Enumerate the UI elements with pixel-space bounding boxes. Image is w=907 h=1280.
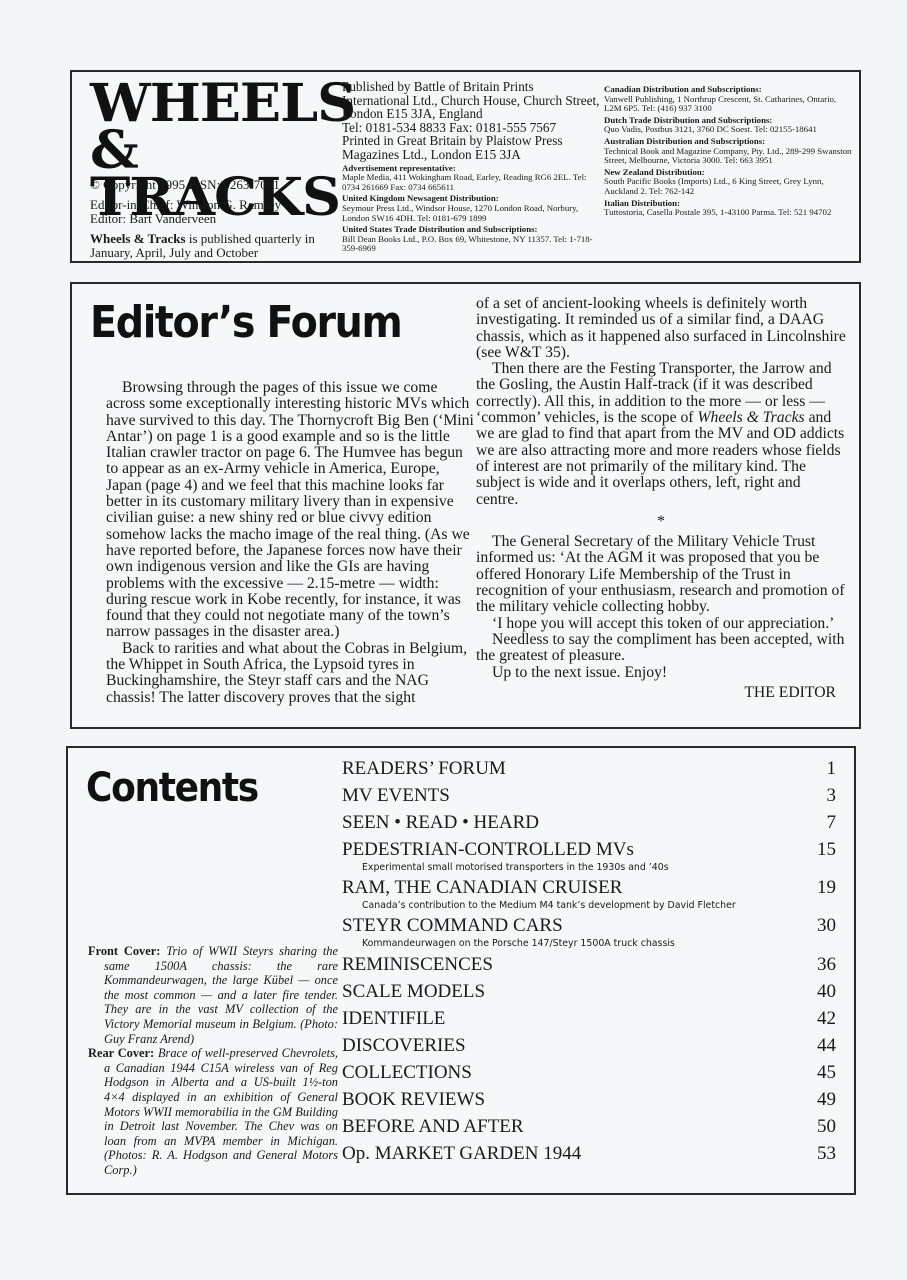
toc-title: RAM, THE CANADIAN CRUISER	[342, 879, 622, 898]
toc-entry: BOOK REVIEWS49	[342, 1091, 836, 1110]
toc-page-number: 53	[817, 1145, 836, 1164]
distribution-entry: United Kingdom Newsagent Distribution:Se…	[342, 194, 604, 223]
toc-page-number: 44	[817, 1037, 836, 1056]
distribution-entry: Italian Distribution:Tuttostoria, Casell…	[604, 199, 854, 218]
paragraph: Back to rarities and what about the Cobr…	[106, 641, 476, 706]
distribution-entry: Dutch Trade Distribution and Subscriptio…	[604, 116, 854, 135]
editors-forum-title: Editor’s Forum	[90, 298, 401, 348]
editors-forum-column-2: of a set of ancient-looking wheels is de…	[476, 296, 846, 701]
distribution-body: South Pacific Books (Imports) Ltd., 6 Ki…	[604, 177, 854, 196]
toc-page-number: 19	[817, 879, 836, 898]
distribution-body: Maple Media, 411 Wokingham Road, Earley,…	[342, 173, 604, 192]
editor-in-chief: Editor-in-Chief: Winston G. Ramsey	[90, 197, 281, 212]
distribution-heading: United Kingdom Newsagent Distribution:	[342, 193, 499, 203]
paragraph: Browsing through the pages of this issue…	[106, 380, 476, 641]
toc-entry: DISCOVERIES44	[342, 1037, 836, 1056]
toc-title: READERS’ FORUM	[342, 760, 506, 779]
toc-page-number: 3	[827, 787, 837, 806]
distribution-entry: Canadian Distribution and Subscriptions:…	[604, 85, 854, 114]
distribution-heading: Advertisement representative:	[342, 163, 456, 173]
toc-page-number: 45	[817, 1064, 836, 1083]
toc-row: BEFORE AND AFTER50	[342, 1118, 836, 1137]
toc-row: SCALE MODELS40	[342, 983, 836, 1002]
toc-entry: SCALE MODELS40	[342, 983, 836, 1002]
logo-line-1: WHEELS &	[90, 80, 345, 174]
toc-entry: STEYR COMMAND CARS30Kommandeurwagen on t…	[342, 917, 836, 950]
distribution-heading: New Zealand Distribution:	[604, 167, 705, 177]
toc-entry: COLLECTIONS45	[342, 1064, 836, 1083]
table-of-contents: READERS’ FORUM1MV EVENTS3SEEN • READ • H…	[342, 760, 836, 1172]
star-separator-icon: *	[476, 514, 846, 530]
toc-page-number: 30	[817, 917, 836, 936]
toc-subtitle: Experimental small motorised transporter…	[342, 862, 836, 874]
publisher: Published by Battle of Britain Prints In…	[342, 80, 604, 121]
toc-title: PEDESTRIAN-CONTROLLED MVs	[342, 841, 634, 860]
toc-row: IDENTIFILE42	[342, 1010, 836, 1029]
paragraph-continued: of a set of ancient-looking wheels is de…	[476, 296, 846, 361]
front-cover-caption: Front Cover: Trio of WWII Steyrs sharing…	[88, 944, 338, 1046]
toc-title: STEYR COMMAND CARS	[342, 917, 563, 936]
toc-entry: READERS’ FORUM1	[342, 760, 836, 779]
international-distribution: Canadian Distribution and Subscriptions:…	[604, 83, 854, 218]
distribution-body: Bill Dean Books Ltd., P.O. Box 69, White…	[342, 235, 604, 254]
magazine-name-italic: Wheels & Tracks	[697, 409, 804, 426]
publication-name: Wheels & Tracks	[90, 231, 186, 246]
editors-forum-column-1: Browsing through the pages of this issue…	[106, 380, 476, 706]
distribution-heading: Italian Distribution:	[604, 198, 680, 208]
masthead-credits: © Copyright 1995 ISSN: 0263-7081 Editor-…	[90, 178, 340, 266]
distribution-entry: United States Trade Distribution and Sub…	[342, 225, 604, 254]
toc-page-number: 40	[817, 983, 836, 1002]
toc-title: SEEN • READ • HEARD	[342, 814, 539, 833]
publisher-tel: Tel: 0181-534 8833 Fax: 0181-555 7567	[342, 121, 604, 135]
cover-captions: Front Cover: Trio of WWII Steyrs sharing…	[88, 944, 338, 1178]
toc-row: RAM, THE CANADIAN CRUISER19	[342, 879, 836, 898]
toc-entry: PEDESTRIAN-CONTROLLED MVs15Experimental …	[342, 841, 836, 874]
paragraph: Needless to say the compliment has been …	[476, 632, 846, 665]
toc-row: MV EVENTS3	[342, 787, 836, 806]
paragraph: The General Secretary of the Military Ve…	[476, 534, 846, 615]
distribution-entry: Australian Distribution and Subscription…	[604, 137, 854, 166]
distribution-heading: United States Trade Distribution and Sub…	[342, 224, 537, 234]
toc-page-number: 15	[817, 841, 836, 860]
toc-title: MV EVENTS	[342, 787, 450, 806]
distribution-body: Quo Vadis, Postbus 3121, 3760 DC Soest. …	[604, 125, 854, 135]
toc-page-number: 36	[817, 956, 836, 975]
toc-row: STEYR COMMAND CARS30	[342, 917, 836, 936]
masthead-box: WHEELS & TRACKS © Copyright 1995 ISSN: 0…	[70, 70, 861, 263]
toc-row: PEDESTRIAN-CONTROLLED MVs15	[342, 841, 836, 860]
paragraph: Then there are the Festing Transporter, …	[476, 361, 846, 508]
contents-title: Contents	[86, 764, 258, 812]
toc-row: SEEN • READ • HEARD7	[342, 814, 836, 833]
toc-entry: Op. MARKET GARDEN 194453	[342, 1145, 836, 1164]
toc-entry: REMINISCENCES36	[342, 956, 836, 975]
distribution-body: Technical Book and Magazine Company, Pty…	[604, 147, 854, 166]
toc-row: REMINISCENCES36	[342, 956, 836, 975]
copyright: © Copyright 1995 ISSN: 0263-7081	[90, 178, 340, 192]
editor-credits: Editor-in-Chief: Winston G. Ramsey Edito…	[90, 198, 340, 226]
toc-page-number: 49	[817, 1091, 836, 1110]
toc-title: Op. MARKET GARDEN 1944	[342, 1145, 581, 1164]
contents-box: Contents Front Cover: Trio of WWII Steyr…	[66, 746, 856, 1195]
toc-page-number: 42	[817, 1010, 836, 1029]
rear-cover-caption: Rear Cover: Brace of well-preserved Chev…	[88, 1046, 338, 1177]
distribution-body: Vanwell Publishing, 1 Northrup Crescent,…	[604, 95, 854, 114]
toc-title: IDENTIFILE	[342, 1010, 445, 1029]
toc-title: BOOK REVIEWS	[342, 1091, 485, 1110]
paragraph: ‘I hope you will accept this token of ou…	[476, 616, 846, 632]
toc-title: DISCOVERIES	[342, 1037, 466, 1056]
toc-row: COLLECTIONS45	[342, 1064, 836, 1083]
toc-entry: RAM, THE CANADIAN CRUISER19Canada’s cont…	[342, 879, 836, 912]
distribution-heading: Dutch Trade Distribution and Subscriptio…	[604, 115, 772, 125]
distribution-entry: Advertisement representative:Maple Media…	[342, 164, 604, 193]
distribution-body: Tuttostoria, Casella Postale 395, 1-4310…	[604, 208, 854, 218]
toc-subtitle: Canada’s contribution to the Medium M4 t…	[342, 900, 836, 912]
distribution-heading: Canadian Distribution and Subscriptions:	[604, 84, 762, 94]
distribution-heading: Australian Distribution and Subscription…	[604, 136, 765, 146]
toc-entry: MV EVENTS3	[342, 787, 836, 806]
toc-title: COLLECTIONS	[342, 1064, 472, 1083]
toc-page-number: 50	[817, 1118, 836, 1137]
toc-row: READERS’ FORUM1	[342, 760, 836, 779]
toc-entry: SEEN • READ • HEARD7	[342, 814, 836, 833]
editor-signature: THE EDITOR	[476, 685, 846, 701]
toc-page-number: 1	[827, 760, 837, 779]
toc-title: SCALE MODELS	[342, 983, 485, 1002]
printer: Printed in Great Britain by Plaistow Pre…	[342, 134, 604, 161]
publication-schedule-para: Wheels & Tracks is published quarterly i…	[90, 232, 340, 260]
toc-title: BEFORE AND AFTER	[342, 1118, 524, 1137]
publisher-info: Published by Battle of Britain Prints In…	[342, 80, 604, 254]
toc-title: REMINISCENCES	[342, 956, 493, 975]
editor: Editor: Bart Vanderveen	[90, 211, 216, 226]
toc-row: BOOK REVIEWS49	[342, 1091, 836, 1110]
toc-subtitle: Kommandeurwagen on the Porsche 147/Steyr…	[342, 938, 836, 950]
paragraph: Up to the next issue. Enjoy!	[476, 665, 846, 681]
toc-entry: BEFORE AND AFTER50	[342, 1118, 836, 1137]
toc-row: DISCOVERIES44	[342, 1037, 836, 1056]
editors-forum-box: Editor’s Forum Browsing through the page…	[70, 282, 861, 729]
toc-page-number: 7	[827, 814, 837, 833]
toc-entry: IDENTIFILE42	[342, 1010, 836, 1029]
distribution-entry: New Zealand Distribution:South Pacific B…	[604, 168, 854, 197]
distribution-body: Seymour Press Ltd., Windsor House, 1270 …	[342, 204, 604, 223]
toc-row: Op. MARKET GARDEN 194453	[342, 1145, 836, 1164]
